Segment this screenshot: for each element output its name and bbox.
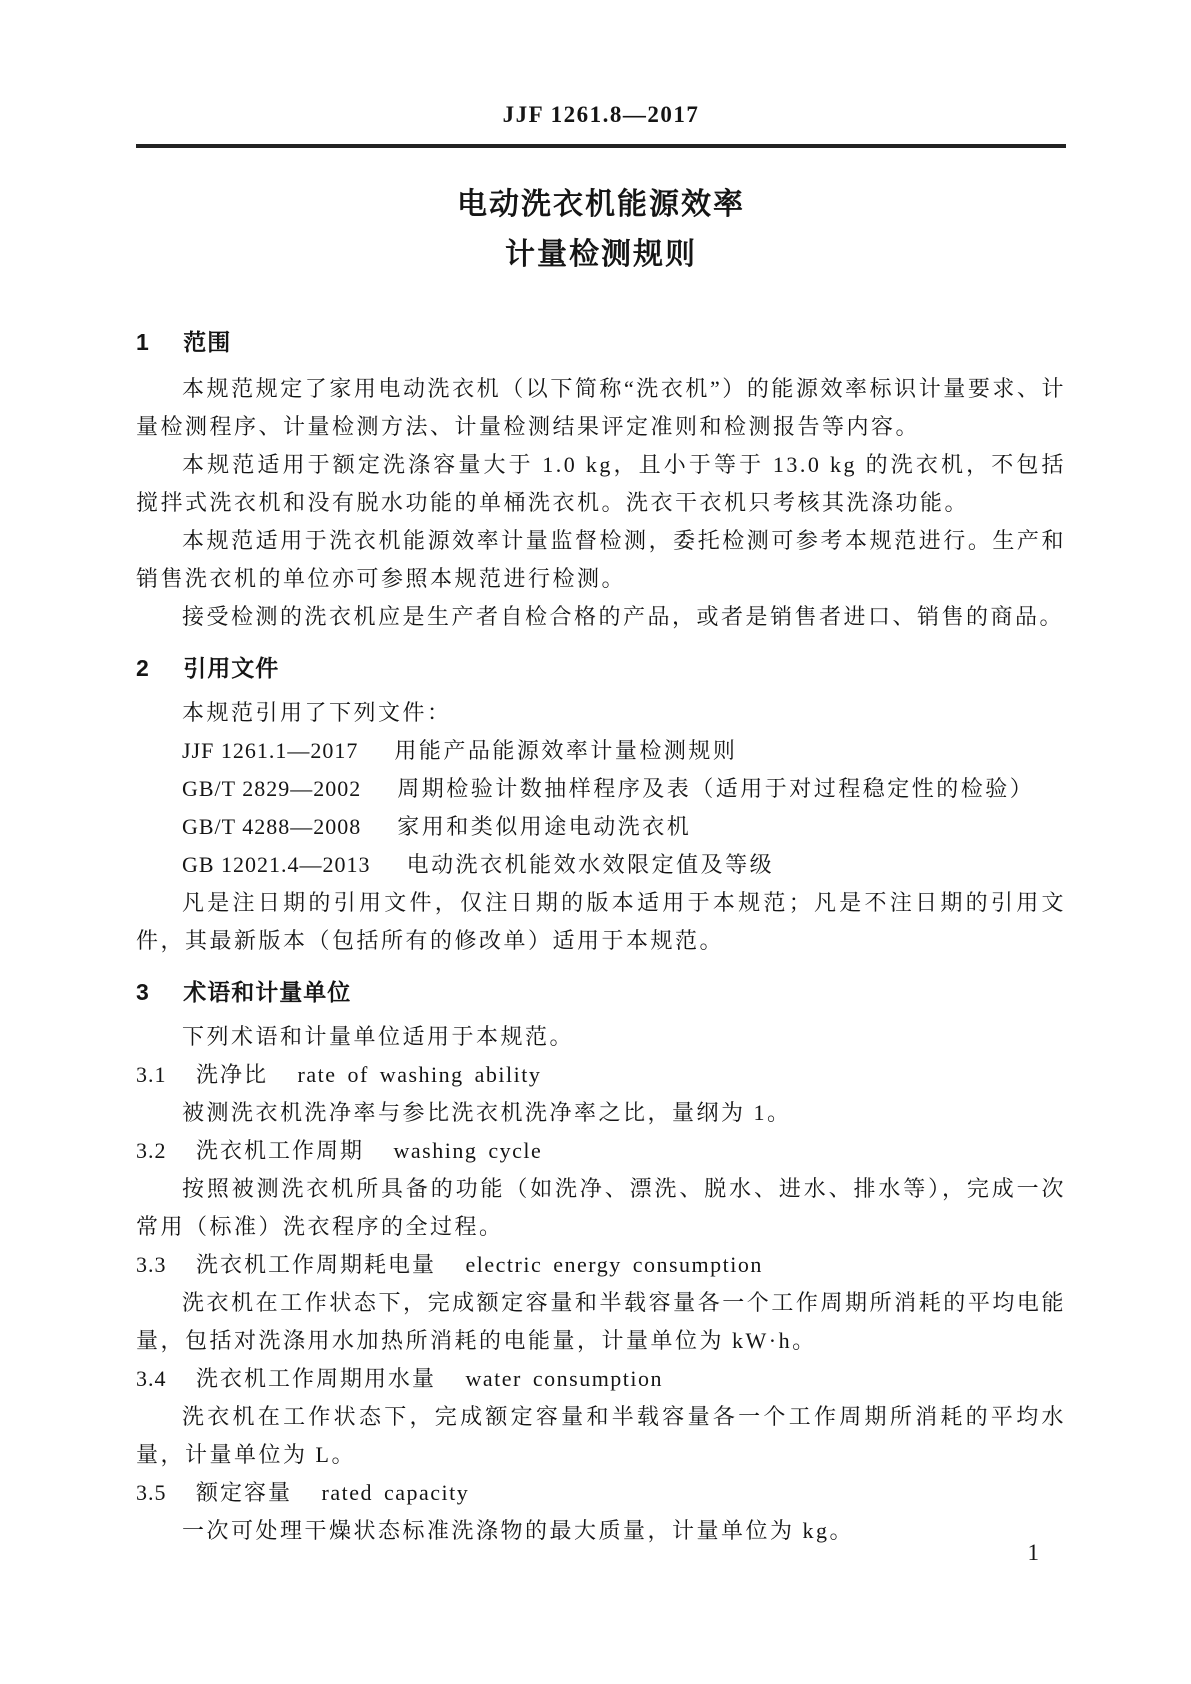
reference-code: GB/T 2829—2002 xyxy=(182,776,361,801)
term-name-en: washing cycle xyxy=(394,1138,543,1163)
reference-code: GB/T 4288—2008 xyxy=(182,814,361,839)
reference-title: 周期检验计数抽样程序及表（适用于对过程稳定性的检验） xyxy=(397,776,1034,801)
term-definition: 被测洗衣机洗净率与参比洗衣机洗净率之比，量纲为 1。 xyxy=(136,1094,1066,1132)
section-1-heading: 1 范围 xyxy=(136,326,1066,358)
section-2-title: 引用文件 xyxy=(183,655,279,681)
page-number: 1 xyxy=(1028,1538,1040,1568)
term-name-cn: 洗衣机工作周期用水量 xyxy=(196,1366,436,1391)
paragraph: 本规范引用了下列文件： xyxy=(136,694,1066,732)
term-name-cn: 洗净比 xyxy=(196,1062,268,1087)
reference-item: GB/T 4288—2008 家用和类似用途电动洗衣机 xyxy=(136,808,1066,846)
paragraph: 本规范适用于额定洗涤容量大于 1.0 kg，且小于等于 13.0 kg 的洗衣机… xyxy=(136,446,1066,522)
term-definition: 洗衣机在工作状态下，完成额定容量和半载容量各一个工作周期所消耗的平均电能量，包括… xyxy=(136,1284,1066,1360)
term-number: 3.1 xyxy=(136,1062,167,1087)
reference-title: 电动洗衣机能效水效限定值及等级 xyxy=(407,852,775,877)
term-name-cn: 洗衣机工作周期 xyxy=(196,1138,364,1163)
section-3-heading: 3 术语和计量单位 xyxy=(136,976,1066,1008)
paragraph: 凡是注日期的引用文件，仅注日期的版本适用于本规范；凡是不注日期的引用文件，其最新… xyxy=(136,884,1066,960)
term-name-en: rate of washing ability xyxy=(298,1062,542,1087)
term-definition: 一次可处理干燥状态标准洗涤物的最大质量，计量单位为 kg。 xyxy=(136,1512,1066,1550)
term-name-cn: 额定容量 xyxy=(196,1480,292,1505)
term-heading: 3.4 洗衣机工作周期用水量 water consumption xyxy=(136,1360,1066,1398)
document-title: 电动洗衣机能源效率 计量检测规则 xyxy=(136,180,1066,280)
term-number: 3.5 xyxy=(136,1480,167,1505)
section-2-number: 2 xyxy=(136,655,150,681)
section-2-heading: 2 引用文件 xyxy=(136,652,1066,684)
paragraph: 本规范规定了家用电动洗衣机（以下简称“洗衣机”）的能源效率标识计量要求、计量检测… xyxy=(136,370,1066,446)
reference-code: JJF 1261.1—2017 xyxy=(182,738,358,763)
paragraph: 本规范适用于洗衣机能源效率计量监督检测，委托检测可参考本规范进行。生产和销售洗衣… xyxy=(136,522,1066,598)
reference-title: 家用和类似用途电动洗衣机 xyxy=(397,814,691,839)
section-3-title: 术语和计量单位 xyxy=(183,979,351,1005)
term-number: 3.4 xyxy=(136,1366,167,1391)
reference-item: GB 12021.4—2013 电动洗衣机能效水效限定值及等级 xyxy=(136,846,1066,884)
reference-item: GB/T 2829—2002 周期检验计数抽样程序及表（适用于对过程稳定性的检验… xyxy=(136,770,1066,808)
term-heading: 3.3 洗衣机工作周期耗电量 electric energy consumpti… xyxy=(136,1246,1066,1284)
term-definition: 按照被测洗衣机所具备的功能（如洗净、漂洗、脱水、进水、排水等），完成一次常用（标… xyxy=(136,1170,1066,1246)
term-name-en: rated capacity xyxy=(322,1480,470,1505)
document-title-line-1: 电动洗衣机能源效率 xyxy=(136,180,1066,230)
term-name-en: water consumption xyxy=(466,1366,664,1391)
document-page: JJF 1261.8—2017 电动洗衣机能源效率 计量检测规则 1 范围 本规… xyxy=(0,0,1191,1684)
term-heading: 3.1 洗净比 rate of washing ability xyxy=(136,1056,1066,1094)
reference-item: JJF 1261.1—2017 用能产品能源效率计量检测规则 xyxy=(136,732,1066,770)
section-1-title: 范围 xyxy=(183,329,231,355)
reference-code: GB 12021.4—2013 xyxy=(182,852,371,877)
term-name-cn: 洗衣机工作周期耗电量 xyxy=(196,1252,436,1277)
paragraph: 接受检测的洗衣机应是生产者自检合格的产品，或者是销售者进口、销售的商品。 xyxy=(136,598,1066,636)
term-name-en: electric energy consumption xyxy=(466,1252,763,1277)
term-heading: 3.2 洗衣机工作周期 washing cycle xyxy=(136,1132,1066,1170)
section-3-number: 3 xyxy=(136,979,150,1005)
header-rule xyxy=(136,144,1066,148)
term-heading: 3.5 额定容量 rated capacity xyxy=(136,1474,1066,1512)
term-number: 3.3 xyxy=(136,1252,167,1277)
document-title-line-2: 计量检测规则 xyxy=(136,230,1066,280)
reference-title: 用能产品能源效率计量检测规则 xyxy=(394,738,737,763)
running-head: JJF 1261.8—2017 xyxy=(136,0,1066,130)
section-1-number: 1 xyxy=(136,329,150,355)
term-definition: 洗衣机在工作状态下，完成额定容量和半载容量各一个工作周期所消耗的平均水量，计量单… xyxy=(136,1398,1066,1474)
paragraph: 下列术语和计量单位适用于本规范。 xyxy=(136,1018,1066,1056)
term-number: 3.2 xyxy=(136,1138,167,1163)
